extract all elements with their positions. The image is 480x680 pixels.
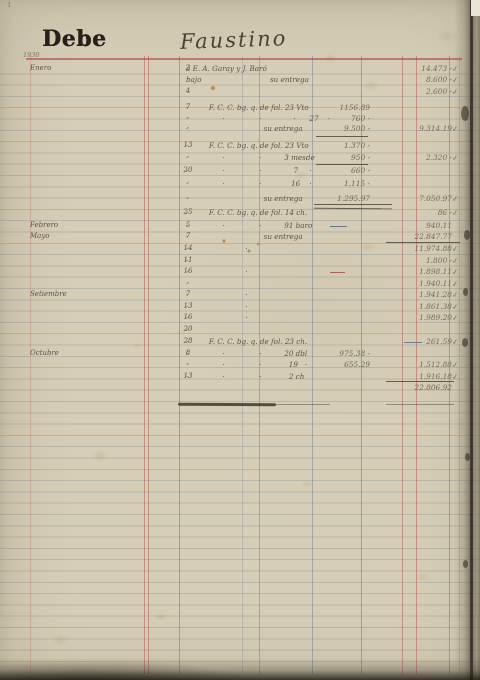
header-rule xyxy=(26,58,462,60)
amount-col2-cell: 22.847.77 xyxy=(380,232,452,241)
page-bottom-shadow xyxy=(0,658,480,680)
amount-col1-cell: 1.115 - xyxy=(298,179,370,188)
sum-rule xyxy=(314,204,392,205)
month-cell: Octubre xyxy=(30,349,140,357)
ledger-row: 7· F. C. C. bg. q. de fol. 23 Vto1156.89 xyxy=(0,103,480,114)
ledger-row: 13· F. C. C. bg. q. de fol. 23 Vto1.370 … xyxy=(0,141,480,152)
ledger-row: 28· F. C. C. bg. q. de fol. 23 ch.261.59… xyxy=(0,337,480,348)
description-cell: · · xyxy=(186,267,248,276)
ink-smudge xyxy=(465,453,470,461)
ink-smudge xyxy=(461,106,469,121)
sum-rule xyxy=(316,136,368,137)
amount-col2-cell: 86 - xyxy=(380,208,452,217)
sum-rule xyxy=(314,207,392,209)
ledger-row: 42.600 -✓ xyxy=(0,87,480,98)
description-cell: · · xyxy=(186,290,248,299)
description-cell: · · xyxy=(186,302,248,311)
amount-col2-cell: 1.941.28 xyxy=(380,290,452,299)
description-cell: · su entrega xyxy=(186,124,303,133)
ledger-row: ·· · · 19 ·655.291.512.88✓ xyxy=(0,360,480,371)
ledger-row: 16· ·1.989.20✓ xyxy=(0,313,480,324)
description-cell: · su entrega xyxy=(186,232,303,241)
ink-smudge xyxy=(463,288,468,296)
ledger-row: 11·1.800 -✓ xyxy=(0,256,480,267)
description-cell: · · · 7 · xyxy=(186,166,312,175)
amount-col1-cell: 950 - xyxy=(298,153,370,162)
description-cell: · xyxy=(186,256,188,265)
ledger-row: 16· ·1.898.11✓ xyxy=(0,267,480,278)
dash-mark-icon xyxy=(404,342,422,343)
description-cell: · F. C. C. bg. q. de fol. 23 Vto xyxy=(186,103,309,112)
ink-smudge xyxy=(463,560,468,568)
sum-rule xyxy=(316,164,368,165)
description-cell: · · · 2 ch xyxy=(186,372,304,381)
amount-col2-cell: 940.11 xyxy=(380,221,452,230)
amount-col2-cell: 1.512.88 xyxy=(380,360,452,369)
next-page-sliver xyxy=(471,0,480,16)
ink-smudge xyxy=(464,230,470,240)
amount-col2-cell: 2.320 - xyxy=(380,153,452,162)
amount-col1-cell: 655.29 xyxy=(298,360,370,369)
ledger-row: ·· su entrega9.500 -9.314.19✓ xyxy=(0,124,480,135)
ledger-row: Febrero5· · · 91 baro940.11 xyxy=(0,221,480,232)
dash-mark-icon xyxy=(330,272,345,273)
page-title: Faustino xyxy=(180,26,288,54)
description-cell: · · · 3 mesde xyxy=(186,153,315,162)
ledger-row: ·bajo su entrega8.600 -✓ xyxy=(0,75,480,86)
amount-col1-cell: 1.295.97 xyxy=(298,194,370,203)
total-amount: 22.806.92 xyxy=(380,383,452,392)
month-cell: Setiembre xyxy=(30,290,140,298)
amount-col1-cell: 760 - xyxy=(298,114,370,123)
amount-col2-cell: 14.473 - xyxy=(380,64,452,73)
description-cell: á E. A. Garay y J. Baró xyxy=(186,64,267,73)
day-cell: 4 xyxy=(178,87,198,95)
folio-number: 1 xyxy=(7,1,11,9)
description-cell: · · xyxy=(186,244,248,253)
ledger-page: 1 Debe Faustino 1930 Enero2á E. A. Garay… xyxy=(0,0,480,680)
month-cell: Febrero xyxy=(30,221,140,229)
amount-col1-cell: 1156.89 xyxy=(298,103,370,112)
amount-col2-cell: 1.898.11 xyxy=(380,267,452,276)
closing-stroke xyxy=(178,403,276,406)
description-cell: · xyxy=(186,279,188,288)
amount-col2-cell: 11.974.88 xyxy=(380,244,452,253)
ledger-row: Enero2á E. A. Garay y J. Baró14.473 -✓ xyxy=(0,64,480,75)
amount-col1-cell: 9.500 - xyxy=(298,124,370,133)
amount-col2-cell: 9.314.19 xyxy=(380,124,452,133)
ledger-row: Setiembre7· ·1.941.28✓ xyxy=(0,290,480,301)
description-cell: · · xyxy=(186,313,248,322)
amount-col1-cell: 975.38 - xyxy=(298,349,370,358)
amount-col2-cell: 1.861.38 xyxy=(380,302,452,311)
amount-col2-cell: 2.600 - xyxy=(380,87,452,96)
description-cell: · · · 19 · xyxy=(186,360,307,369)
amount-col2-cell: 7.050.97 xyxy=(380,194,452,203)
description-cell: · xyxy=(186,325,188,334)
sum-rule xyxy=(386,242,460,243)
debit-header-label: Debe xyxy=(42,26,106,52)
ledger-row: 13· ·1.861.38✓ xyxy=(0,302,480,313)
description-cell: · su entrega xyxy=(186,194,303,203)
description-cell: · F. C. C. bg. q. de fol. 14 ch. xyxy=(186,208,307,217)
total-rule xyxy=(386,381,454,382)
amount-col2-cell: 1.989.20 xyxy=(380,313,452,322)
amount-col2-cell: 1.940.11 xyxy=(380,279,452,288)
ledger-row: ·· · · 3 mesde950 -2.320 -✓ xyxy=(0,153,480,164)
amount-col1-cell: 660 - xyxy=(298,166,370,175)
amount-col2-cell: 1.916.18 xyxy=(380,372,452,381)
ink-smudge xyxy=(462,338,468,347)
ledger-row: ··1.940.11✓ xyxy=(0,279,480,290)
closing-rule xyxy=(276,404,330,405)
ledger-row: Octubre8· · · 20 dbl975.38 - xyxy=(0,349,480,360)
ledger-row: 14· ·11.974.88✓ xyxy=(0,244,480,255)
description-cell: · F. C. C. bg. q. de fol. 23 Vto xyxy=(186,141,309,150)
month-cell: Enero xyxy=(30,64,140,72)
binding-crease xyxy=(470,0,473,680)
dash-mark-icon xyxy=(330,226,347,227)
amount-col2-cell: 1.800 - xyxy=(380,256,452,265)
closing-rule xyxy=(386,404,454,405)
month-cell: Mayo xyxy=(30,232,140,240)
description-cell: · · · 91 baro xyxy=(186,221,312,230)
description-cell: · · · 20 dbl xyxy=(186,349,307,358)
amount-col2-cell: 8.600 - xyxy=(380,75,452,84)
ledger-row: 20· xyxy=(0,325,480,336)
ledger-row: ·· · · 16 ·1.115 - xyxy=(0,179,480,190)
amount-col1-cell: 1.370 - xyxy=(298,141,370,150)
description-cell: · · · 16 · xyxy=(186,179,312,188)
ledger-row: 20· · · 7 ·660 - xyxy=(0,166,480,177)
description-cell: bajo su entrega xyxy=(186,75,309,84)
ledger-row: 25· F. C. C. bg. q. de fol. 14 ch.86 -✓ xyxy=(0,208,480,219)
description-cell: · F. C. C. bg. q. de fol. 23 ch. xyxy=(186,337,307,346)
ledger-row: ·· su entrega1.295.977.050.97✓ xyxy=(0,194,480,205)
